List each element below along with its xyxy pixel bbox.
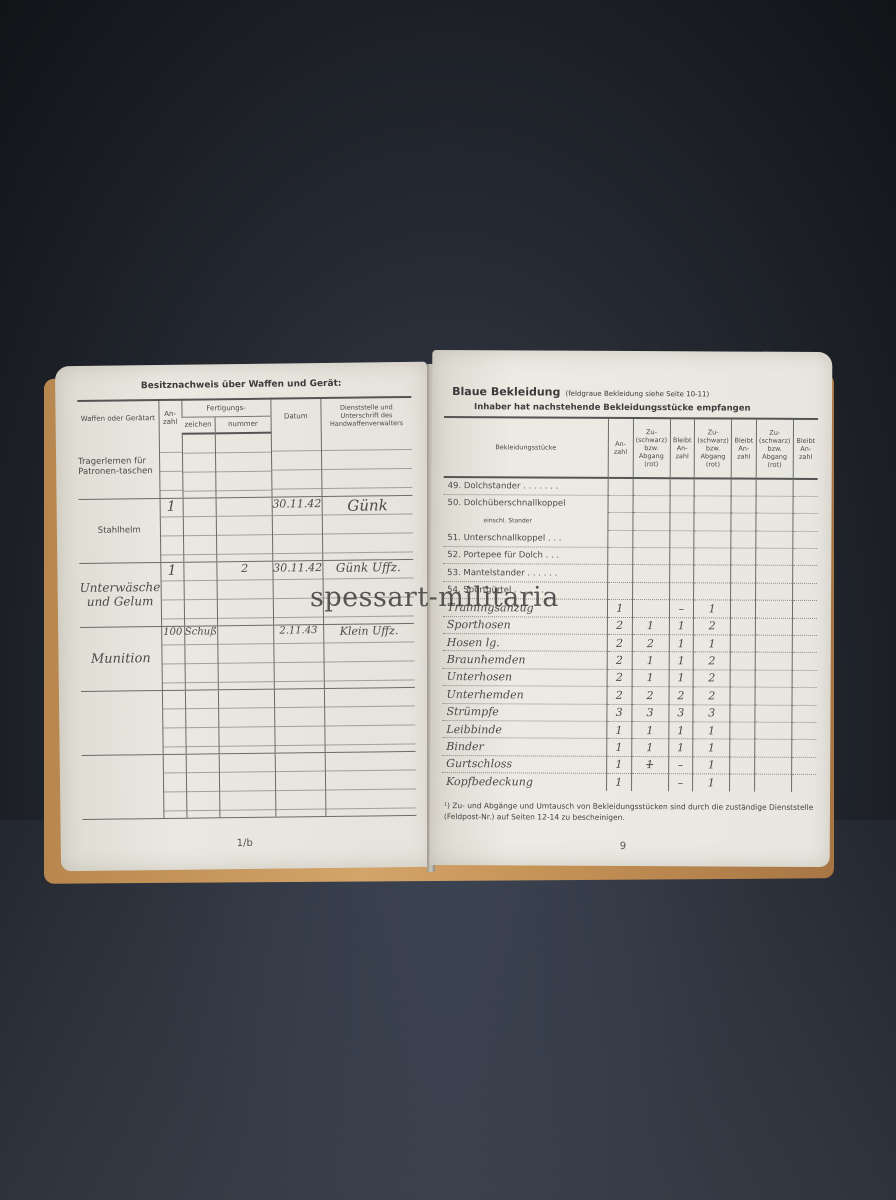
col-change-1: Zu- (schwarz) bzw. Abgang (rot) <box>633 418 670 478</box>
row-change <box>631 774 668 792</box>
row-item: 52. Portepee für Dolch . . . <box>443 547 607 565</box>
row-change: 1 <box>631 721 668 739</box>
col-remaining-2: Bleibt An-zahl <box>731 419 756 479</box>
row-item <box>81 690 163 755</box>
row-count: 1 <box>160 562 184 626</box>
row-remaining: 2 <box>693 687 730 705</box>
row-item: Kopfbedeckung <box>442 773 606 791</box>
row-count: 1 <box>607 756 632 774</box>
table-row: Gurtschloss11–1 <box>442 755 816 774</box>
table-row: 51. Unterschnallkoppel . . . <box>443 529 817 548</box>
table-row: 50. Dolchüberschnallkoppel <box>444 494 818 513</box>
row-change: 1 <box>631 756 668 774</box>
row-remaining: 1 <box>693 722 730 740</box>
row-remaining: 2 <box>694 617 731 635</box>
table-row: Sporthosen2112 <box>443 616 817 635</box>
table-row: Tragerlemen für Patronen-taschen <box>78 431 413 499</box>
row-change <box>632 600 669 618</box>
row-item: Stahlhelm <box>79 498 161 563</box>
right-page-number: 9 <box>620 841 626 852</box>
row-item: Unterwäsche und Gelum <box>79 562 161 627</box>
row-item <box>82 754 164 819</box>
table-row: 49. Dolchstander . . . . . . . <box>444 477 818 496</box>
row-number <box>216 497 273 562</box>
row-signature: Klein Uffz. <box>323 623 414 688</box>
row-date <box>274 688 325 753</box>
col-count: An-zahl <box>158 400 181 434</box>
row-number <box>215 433 272 498</box>
table-row: Munition 100 Schuß 2.11.43 Klein Uffz. <box>80 623 415 691</box>
col-remaining-1: Bleibt An-zahl <box>670 418 695 478</box>
col-item: Bekleidungsstücke <box>444 417 609 478</box>
table-row: Stahlhelm 1 30.11.42 Günk <box>79 495 414 563</box>
row-item: 51. Unterschnallkoppel . . . <box>443 529 607 547</box>
row-black: 1 <box>669 635 694 653</box>
row-signature <box>325 751 416 816</box>
row-signature <box>324 687 415 752</box>
col-serial-group: Fertigungs- <box>181 399 270 417</box>
watermark: spessart-militaria <box>310 582 559 613</box>
open-booklet: Besitznachweis über Waffen und Gerät: Wa… <box>44 348 834 883</box>
row-mark: Schuß <box>184 625 218 689</box>
row-item: Leibbinde <box>442 720 606 738</box>
right-page-subtitle: Inhaber hat nachstehende Bekleidungsstüc… <box>432 399 832 418</box>
row-item: Munition <box>80 626 162 691</box>
row-number <box>219 753 276 818</box>
row-signature: Günk <box>322 495 413 560</box>
row-change: 1 <box>632 652 669 670</box>
table-row: 53. Mantelstander . . . . . . <box>443 564 817 583</box>
row-number: 2 <box>217 561 274 626</box>
row-remaining: 1 <box>694 600 731 618</box>
row-item: Unterhosen <box>443 668 607 686</box>
col-remaining-3: Bleibt An-zahl <box>793 419 818 479</box>
row-item: Unterhemden <box>443 686 607 704</box>
row-count: 3 <box>607 704 632 722</box>
table-row: Binder1111 <box>442 738 816 757</box>
row-change: 1 <box>632 669 669 687</box>
row-date: 30.11.42 <box>272 496 323 561</box>
row-change: 1 <box>632 617 669 635</box>
row-item: Tragerlemen für Patronen-taschen <box>78 434 160 499</box>
row-item: 49. Dolchstander . . . . . . . <box>444 477 608 495</box>
row-count: 100 <box>161 626 185 690</box>
row-item-note: einschl. Stander <box>443 512 607 530</box>
row-mark <box>182 433 216 497</box>
row-item: Strümpfe <box>442 703 606 721</box>
row-item: 50. Dolchüberschnallkoppel <box>444 494 608 512</box>
table-row: einschl. Stander <box>443 512 817 531</box>
row-black: 1 <box>669 617 694 635</box>
row-count <box>163 754 187 818</box>
row-mark <box>185 689 219 753</box>
row-mark <box>183 561 217 625</box>
col-count: An-zahl <box>608 418 633 478</box>
footnote: ¹) Zu- und Abgänge und Umtausch von Bekl… <box>430 790 830 835</box>
row-count <box>159 434 183 498</box>
row-count: 2 <box>607 634 632 652</box>
table-row <box>81 687 416 755</box>
table-row: Unterhemden2222 <box>443 686 817 705</box>
right-page-title: Blaue Bekleidung <box>452 385 560 399</box>
row-black: – <box>668 756 693 774</box>
col-date: Datum <box>271 398 321 433</box>
col-change-3: Zu- (schwarz) bzw. Abgang (rot) <box>756 419 793 479</box>
left-page-number: 1/b <box>237 838 253 849</box>
col-signature: Dienststelle und Unterschrift des Handwa… <box>321 397 412 432</box>
row-black: 3 <box>668 704 693 722</box>
row-date: 2.11.43 <box>273 624 324 689</box>
table-row: Leibbinde1111 <box>442 720 816 739</box>
row-remaining: 1 <box>693 757 730 775</box>
row-count: 1 <box>607 600 632 618</box>
row-count: 1 <box>606 774 631 792</box>
row-count: 1 <box>607 721 632 739</box>
row-black: 1 <box>669 669 694 687</box>
row-remaining: 1 <box>693 774 730 792</box>
row-count: 2 <box>607 687 632 705</box>
row-date <box>275 752 326 817</box>
row-date <box>271 432 322 497</box>
table-row: Kopfbedeckung1–1 <box>442 773 816 792</box>
row-change: 2 <box>632 687 669 705</box>
row-mark <box>186 753 220 817</box>
table-row: 52. Portepee für Dolch . . . <box>443 547 817 566</box>
row-signature <box>321 431 412 496</box>
row-count: 1 <box>160 498 184 562</box>
row-remaining: 1 <box>693 739 730 757</box>
row-number <box>217 625 274 690</box>
row-number <box>218 689 275 754</box>
photo: Besitznachweis über Waffen und Gerät: Wa… <box>0 0 896 1200</box>
row-black: – <box>668 774 693 792</box>
row-count: 1 <box>607 739 632 757</box>
row-item: Binder <box>442 738 606 756</box>
col-serial-number: nummer <box>215 416 271 434</box>
row-black: 1 <box>668 722 693 740</box>
col-change-2: Zu- (schwarz) bzw. Abgang (rot) <box>694 418 731 478</box>
row-item: Braunhemden <box>443 651 607 669</box>
right-page-title-note: (feldgraue Bekleidung siehe Seite 10-11) <box>565 390 709 399</box>
row-change: 3 <box>631 704 668 722</box>
row-count: 2 <box>607 617 632 635</box>
row-black: 2 <box>669 687 694 705</box>
row-black: – <box>669 600 694 618</box>
row-remaining: 1 <box>693 635 730 653</box>
row-count: 2 <box>607 652 632 670</box>
row-remaining: 2 <box>693 652 730 670</box>
row-count <box>162 690 186 754</box>
row-mark <box>183 497 217 561</box>
row-remaining: 2 <box>693 670 730 688</box>
col-serial-mark: zeichen <box>182 416 216 433</box>
row-black: 1 <box>669 652 694 670</box>
row-change: 2 <box>632 635 669 653</box>
row-item: Sporthosen <box>443 616 607 634</box>
row-item: 53. Mantelstander . . . . . . <box>443 564 607 582</box>
table-row: Strümpfe3333 <box>442 703 816 722</box>
table-row: Unterhosen2112 <box>443 668 817 687</box>
table-row <box>82 751 417 819</box>
row-item: Hosen lg. <box>443 634 607 652</box>
row-black: 1 <box>668 739 693 757</box>
row-count: 2 <box>607 669 632 687</box>
left-page: Besitznachweis über Waffen und Gerät: Wa… <box>55 362 433 872</box>
row-item: Gurtschloss <box>442 755 606 773</box>
table-row: Hosen lg.2211 <box>443 634 817 653</box>
col-weapon-type: Waffen oder Gerätart <box>77 400 159 435</box>
row-remaining: 3 <box>693 704 730 722</box>
row-change: 1 <box>631 739 668 757</box>
table-row: Braunhemden2112 <box>443 651 817 670</box>
